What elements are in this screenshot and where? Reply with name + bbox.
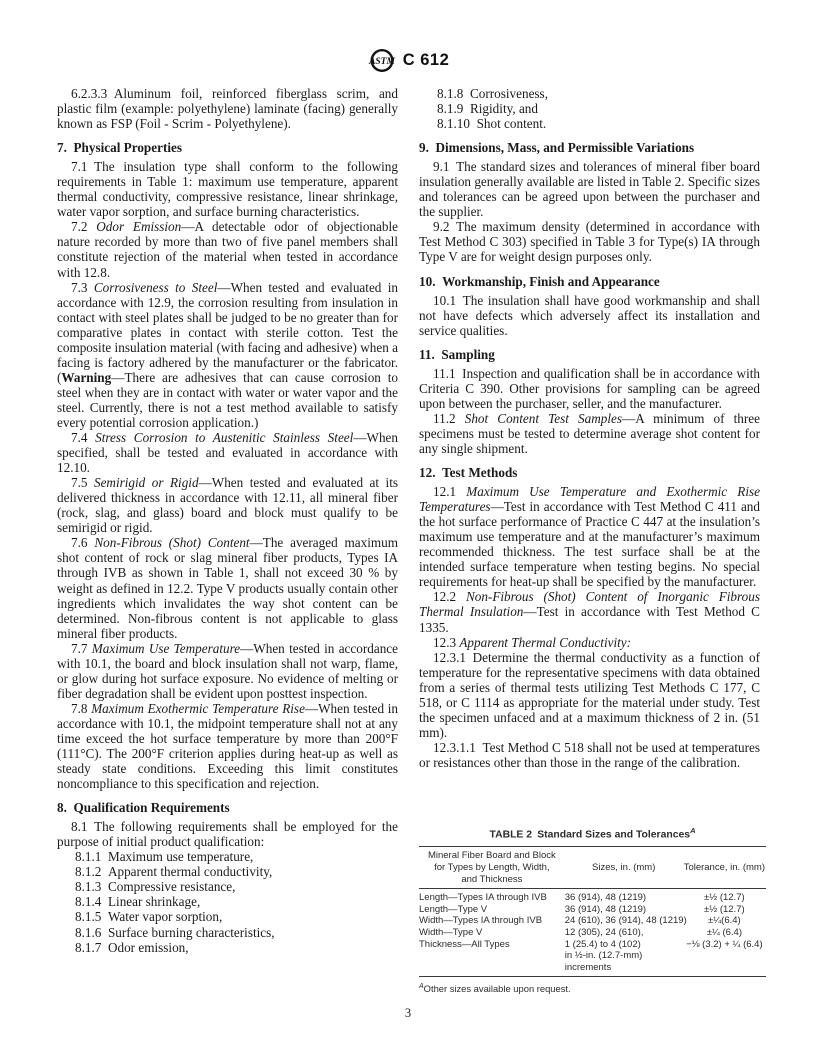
list-item: 8.1.6 Surface burning characteristics, — [57, 925, 398, 940]
list-item: 8.1.2 Apparent thermal conductivity, — [57, 864, 398, 879]
doc-code: C 612 — [403, 51, 450, 70]
table-title-footnote-marker: A — [690, 826, 695, 835]
paragraph: 8.1 The following requirements shall be … — [57, 819, 398, 849]
table-row: Width—Types IA through IVB24 (610), 36 (… — [419, 915, 766, 927]
list-item: 8.1.5 Water vapor sorption, — [57, 909, 398, 924]
paragraph: 12.3 Apparent Thermal Conductivity: — [419, 635, 760, 650]
paragraph: 12.1 Maximum Use Temperature and Exother… — [419, 484, 760, 589]
left-column: 6.2.3.3 Aluminum foil, reinforced fiberg… — [57, 86, 398, 955]
table-row: Thickness—All Types1 (25.4) to 4 (102) i… — [419, 939, 766, 977]
table-title: TABLE 2 Standard Sizes and TolerancesA — [419, 826, 766, 840]
table-cell: Thickness—All Types — [419, 939, 565, 977]
paragraph: 12.3.1 Determine the thermal conductivit… — [419, 650, 760, 740]
paragraph: 7.6 Non-Fibrous (Shot) Content—The avera… — [57, 535, 398, 640]
svg-text:ASTM: ASTM — [368, 57, 395, 67]
paragraph: 12.2 Non-Fibrous (Shot) Content of Inorg… — [419, 589, 760, 634]
list-item: 8.1.1 Maximum use temperature, — [57, 849, 398, 864]
table-cell: ±½ (12.7) — [683, 904, 766, 916]
table-footnote: AOther sizes available upon request. — [419, 983, 766, 994]
paragraph: 7.4 Stress Corrosion to Austenitic Stain… — [57, 430, 398, 475]
table-header-sizes: Sizes, in. (mm) — [565, 847, 683, 889]
table-body: Length—Types IA through IVB36 (914), 48 … — [419, 889, 766, 977]
page-number: 3 — [0, 1006, 816, 1021]
section-heading: 9. Dimensions, Mass, and Permissible Var… — [419, 140, 760, 155]
table-cell: 36 (914), 48 (1219) — [565, 904, 683, 916]
paragraph: 7.8 Maximum Exothermic Temperature Rise—… — [57, 701, 398, 791]
table-cell: 12 (305), 24 (610), — [565, 927, 683, 939]
document-page: ASTM C 612 6.2.3.3 Aluminum foil, reinfo… — [0, 0, 816, 1056]
table-cell: Width—Types IA through IVB — [419, 915, 565, 927]
page-header: ASTM C 612 — [0, 48, 816, 73]
paragraph: 7.5 Semirigid or Rigid—When tested and e… — [57, 475, 398, 535]
table-2-grid: Mineral Fiber Board and Block for Types … — [419, 846, 766, 977]
list-item: 8.1.9 Rigidity, and — [419, 101, 760, 116]
paragraph: 9.1 The standard sizes and tolerances of… — [419, 159, 760, 219]
list-item: 8.1.7 Odor emission, — [57, 940, 398, 955]
table-row: Length—Types IA through IVB36 (914), 48 … — [419, 889, 766, 904]
table-cell: −⅛ (3.2) + ¼ (6.4) — [683, 939, 766, 977]
table-header-tolerance: Tolerance, in. (mm) — [683, 847, 766, 889]
table-cell: Width—Type V — [419, 927, 565, 939]
table-cell: ±¼ (6.4) — [683, 927, 766, 939]
list-item: 8.1.3 Compressive resistance, — [57, 879, 398, 894]
list-item: 8.1.4 Linear shrinkage, — [57, 894, 398, 909]
paragraph: 7.1 The insulation type shall conform to… — [57, 159, 398, 219]
table-cell: 24 (610), 36 (914), 48 (1219) — [565, 915, 683, 927]
list-item: 8.1.10 Shot content. — [419, 116, 760, 131]
section-heading: 8. Qualification Requirements — [57, 800, 398, 815]
table-cell: ±½ (12.7) — [683, 889, 766, 904]
paragraph: 12.3.1.1 Test Method C 518 shall not be … — [419, 740, 760, 770]
table-2: TABLE 2 Standard Sizes and TolerancesA M… — [419, 826, 766, 1004]
section-heading: 12. Test Methods — [419, 465, 760, 480]
paragraph: 9.2 The maximum density (determined in a… — [419, 219, 760, 264]
section-heading: 10. Workmanship, Finish and Appearance — [419, 274, 760, 289]
table-cell: 36 (914), 48 (1219) — [565, 889, 683, 904]
paragraph: 7.2 Odor Emission—A detectable odor of o… — [57, 219, 398, 279]
table-cell: Length—Type V — [419, 904, 565, 916]
table-cell: 1 (25.4) to 4 (102) in ½-in. (12.7-mm) i… — [565, 939, 683, 977]
paragraph: 11.1 Inspection and qualification shall … — [419, 366, 760, 411]
table-row: Length—Type V36 (914), 48 (1219)±½ (12.7… — [419, 904, 766, 916]
table-cell: Length—Types IA through IVB — [419, 889, 565, 904]
astm-logo-icon: ASTM — [367, 48, 397, 73]
table-cell: ±¼(6.4) — [683, 915, 766, 927]
table-header-types: Mineral Fiber Board and Block for Types … — [419, 847, 565, 889]
table-row: Width—Type V12 (305), 24 (610),±¼ (6.4) — [419, 927, 766, 939]
paragraph: 7.3 Corrosiveness to Steel—When tested a… — [57, 280, 398, 430]
section-heading: 11. Sampling — [419, 347, 760, 362]
list-item: 8.1.8 Corrosiveness, — [419, 86, 760, 101]
section-heading: 7. Physical Properties — [57, 140, 398, 155]
paragraph: 6.2.3.3 Aluminum foil, reinforced fiberg… — [57, 86, 398, 131]
right-column: 8.1.8 Corrosiveness,8.1.9 Rigidity, and8… — [419, 86, 760, 770]
paragraph: 10.1 The insulation shall have good work… — [419, 293, 760, 338]
paragraph: 11.2 Shot Content Test Samples—A minimum… — [419, 411, 760, 456]
paragraph: 7.7 Maximum Use Temperature—When tested … — [57, 641, 398, 701]
table-header-row: Mineral Fiber Board and Block for Types … — [419, 847, 766, 889]
